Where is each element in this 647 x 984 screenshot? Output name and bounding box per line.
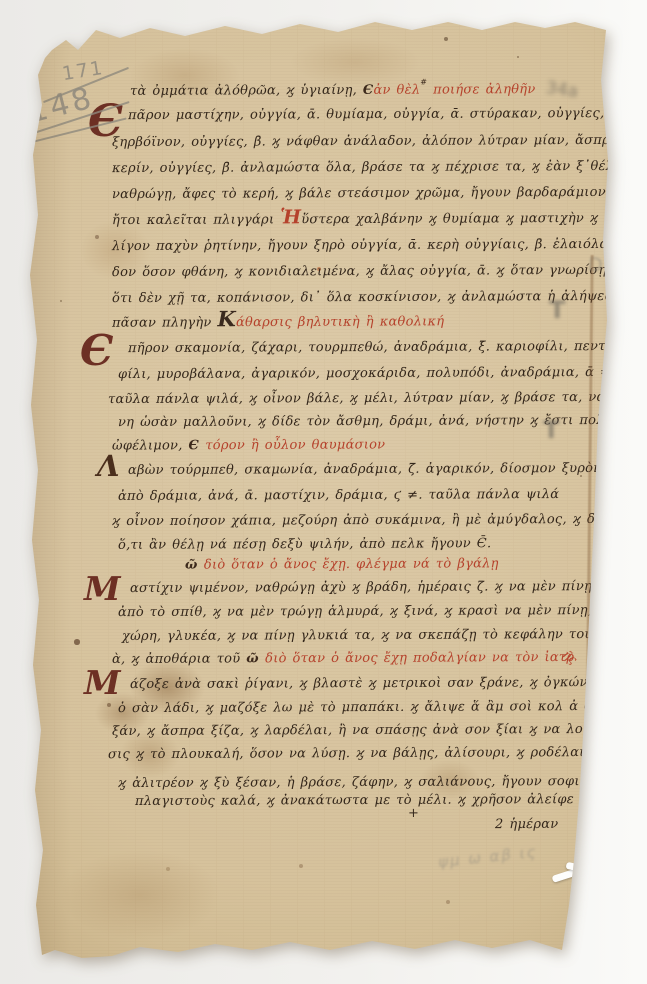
edge-shading	[0, 0, 647, 984]
ink-text: χν	[588, 769, 598, 778]
paper-shadow: τὰ ὀμμάτια ἀλόθρῶα, ϗ ὑγιαίνῃ, Єἀν θὲλ# …	[0, 0, 647, 984]
scanned-manuscript: τὰ ὀμμάτια ἀλόθρῶα, ϗ ὑγιαίνῃ, Єἀν θὲλ# …	[0, 0, 647, 984]
ink-text: γᾶς	[597, 774, 622, 789]
ink-specks	[0, 0, 2, 2]
parchment-leaf: τὰ ὀμμάτια ἀλόθρῶα, ϗ ὑγιαίνῃ, Єἀν θὲλ# …	[0, 0, 647, 984]
